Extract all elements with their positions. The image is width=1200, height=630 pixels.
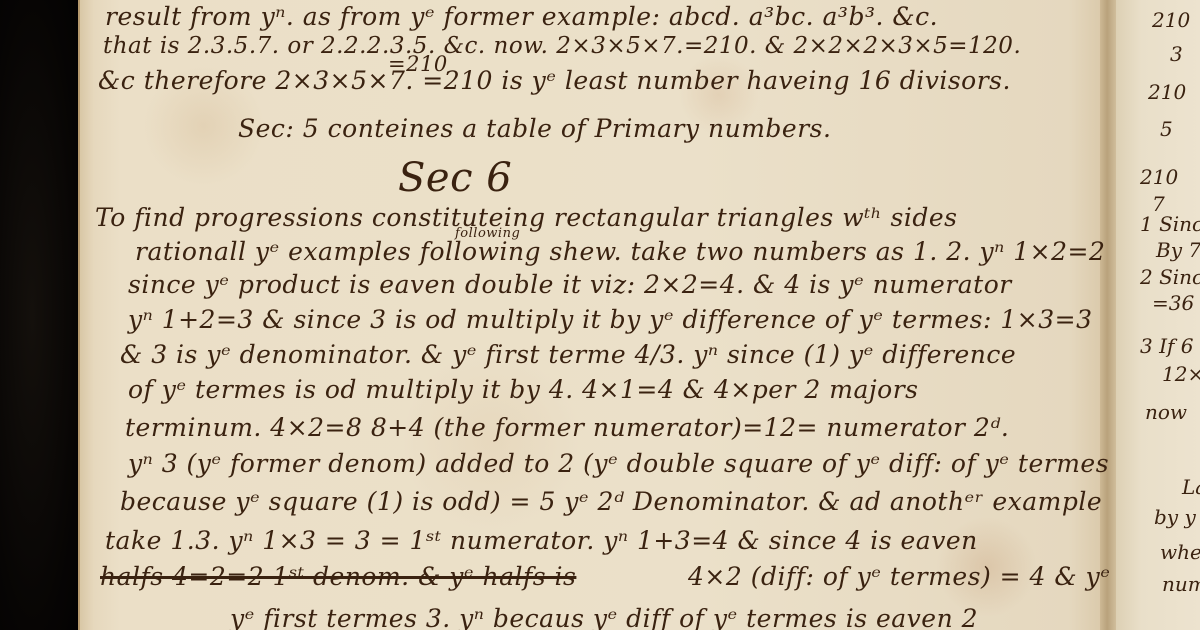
struck-through-line: halfs 4=2=2 1ˢᵗ denom. & yᵉ halfs is bbox=[100, 562, 576, 591]
margin-note: 210 bbox=[1140, 165, 1178, 189]
manuscript-line: yⁿ 1+2=3 & since 3 is od multiply it by … bbox=[128, 305, 1092, 334]
margin-note: 210 bbox=[1152, 8, 1190, 32]
margin-note: La bbox=[1182, 475, 1200, 499]
margin-note: =36 bbox=[1152, 291, 1194, 315]
manuscript-line: Sec: 5 conteines a table of Primary numb… bbox=[238, 114, 831, 143]
section-heading: Sec 6 bbox=[398, 155, 512, 201]
margin-note: 3 bbox=[1170, 42, 1183, 66]
manuscript-line: yᵉ first termes 3. yⁿ becaus yᵉ diff of … bbox=[230, 604, 978, 630]
margin-note: By 7 bbox=[1156, 238, 1200, 262]
manuscript-line: yⁿ 3 (yᵉ former denom) added to 2 (yᵉ do… bbox=[128, 449, 1109, 478]
margin-note: num bbox=[1162, 572, 1200, 596]
manuscript-line: since yᵉ product is eaven double it viz:… bbox=[128, 270, 1012, 299]
margin-note: by y bbox=[1154, 505, 1196, 529]
margin-note: now bbox=[1145, 400, 1187, 424]
dark-background bbox=[0, 0, 80, 630]
margin-note: 3 If 6 bbox=[1140, 334, 1193, 358]
manuscript-line: rationall yᵉ examples following shew. ta… bbox=[135, 237, 1105, 266]
margin-note: 210 bbox=[1148, 80, 1186, 104]
manuscript-line: &c therefore 2×3×5×7. =210 is yᵉ least n… bbox=[98, 66, 1011, 95]
manuscript-line: of yᵉ termes is od multiply it by 4. 4×1… bbox=[128, 375, 918, 404]
manuscript-line: take 1.3. yⁿ 1×3 = 3 = 1ˢᵗ numerator. yⁿ… bbox=[105, 526, 978, 555]
margin-note: whe bbox=[1160, 540, 1200, 564]
manuscript-line: To find progressions constituteing recta… bbox=[95, 203, 957, 232]
manuscript-line: because yᵉ square (1) is odd) = 5 yᵉ 2ᵈ … bbox=[120, 487, 1102, 516]
margin-note: 1 Since bbox=[1140, 212, 1200, 236]
margin-note: 5 bbox=[1160, 117, 1173, 141]
manuscript-line: terminum. 4×2=8 8+4 (the former numerato… bbox=[125, 413, 1009, 442]
margin-note: 2 Since bbox=[1140, 265, 1200, 289]
manuscript-line: result from yⁿ. as from yᵉ former exampl… bbox=[105, 2, 938, 31]
manuscript-line: that is 2.3.5.7. or 2.2.2.3.5. &c. now. … bbox=[103, 33, 1021, 59]
margin-note: 12× bbox=[1162, 362, 1200, 386]
manuscript-line: 4×2 (diff: of yᵉ termes) = 4 & yᵉ bbox=[688, 562, 1110, 591]
manuscript-line: & 3 is yᵉ denominator. & yᵉ first terme … bbox=[120, 340, 1016, 369]
